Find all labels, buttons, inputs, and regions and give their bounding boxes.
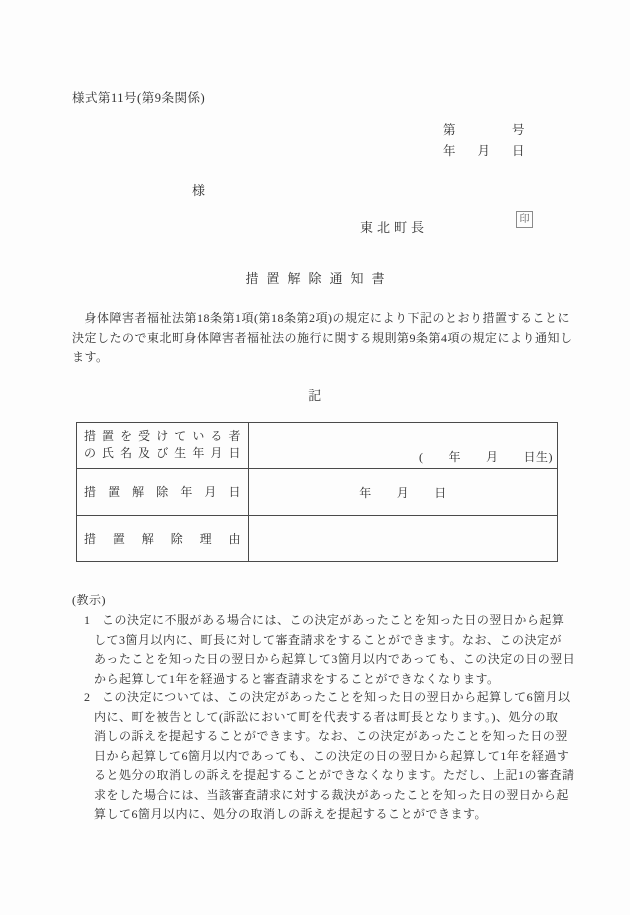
table-label-person-line2: の 氏 名 及 び 生 年 月 日 — [84, 445, 241, 462]
table-row-release-date: 措 置 解 除 年 月 日 年 月 日 — [77, 469, 557, 516]
notice-item-1: 1 この決定に不服がある場合には、この決定があったことを知った日の翌日から起算 … — [94, 611, 624, 689]
issue-date-line: 年 月 日 — [443, 141, 525, 159]
table-label-release-reason: 措 置 解 除 理 由 — [77, 516, 249, 561]
table-label-release-date-text: 措 置 解 除 年 月 日 — [84, 469, 241, 501]
table-label-release-date: 措 置 解 除 年 月 日 — [77, 469, 249, 515]
table-label-person: 措 置 を 受 け て い る 者 の 氏 名 及 び 生 年 月 日 — [77, 423, 249, 468]
notice-heading: (教示) — [72, 591, 106, 608]
form-number: 様式第11号(第9条関係) — [72, 88, 205, 106]
birth-date-placeholder: ( 年 月 日生) — [419, 448, 553, 465]
notice-item-2: 2 この決定については、この決定があったことを知った日の翌日から起算して6箇月以… — [94, 688, 624, 825]
document-number-suffix: 号 — [512, 120, 525, 138]
table-label-person-line1: 措 置 を 受 け て い る 者 — [84, 428, 241, 445]
table-label-release-reason-text: 措 置 解 除 理 由 — [84, 516, 241, 548]
seal-mark: 印 — [516, 211, 533, 228]
release-date-placeholder: 年 月 日 — [249, 469, 557, 501]
issue-date-month-label: 月 — [477, 141, 490, 159]
table-row-person: 措 置 を 受 け て い る 者 の 氏 名 及 び 生 年 月 日 ( 年 … — [77, 423, 557, 469]
issue-date-day-label: 日 — [512, 141, 525, 159]
table-value-release-date: 年 月 日 — [249, 469, 557, 515]
notice-item-1-text: この決定に不服がある場合には、この決定があったことを知った日の翌日から起算 して… — [94, 611, 624, 689]
document-title: 措置解除通知書 — [0, 268, 630, 287]
document-number-line: 第 号 — [443, 120, 525, 138]
notice-item-2-text: この決定については、この決定があったことを知った日の翌日から起算して6箇月以 内… — [94, 688, 624, 825]
notice-item-2-number: 2 — [84, 688, 91, 708]
sender-name: 東北町長 — [360, 217, 428, 236]
body-paragraph: 身体障害者福祉法第18条第1項(第18条第2項)の規定により下記のとおり措置する… — [72, 309, 612, 368]
document-number-prefix: 第 — [443, 120, 456, 138]
issue-date-year-label: 年 — [443, 141, 456, 159]
table-value-release-reason — [249, 516, 557, 561]
document-page: 様式第11号(第9条関係) 第 号 年 月 日 様 東北町長 印 措置解除通知書… — [0, 0, 630, 915]
recipient-honorific: 様 — [192, 180, 206, 199]
table-row-release-reason: 措 置 解 除 理 由 — [77, 516, 557, 561]
notice-item-1-number: 1 — [84, 611, 91, 631]
ki-label: 記 — [0, 385, 630, 404]
measure-release-table: 措 置 を 受 け て い る 者 の 氏 名 及 び 生 年 月 日 ( 年 … — [76, 422, 558, 562]
table-value-person: ( 年 月 日生) — [249, 423, 557, 468]
